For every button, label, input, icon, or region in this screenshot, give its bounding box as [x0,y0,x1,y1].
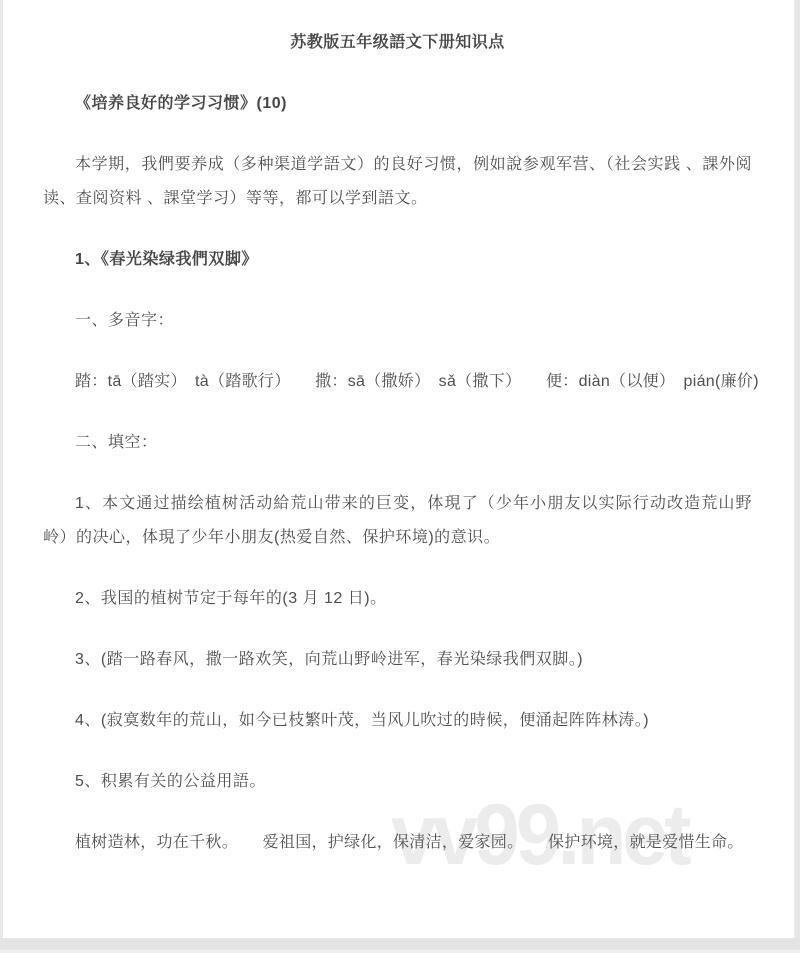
paragraph: 本学期，我們要养成（多种渠道学語文）的良好习惯，例如說参观军营、（社会实践 、課… [43,148,752,216]
lesson-heading-1: 1、《春光染绿我們双脚》 [43,243,752,277]
fill-blank-item-4: 4、(寂寞数年的荒山，如今已枝繁叶茂，当风儿吹过的時候，便涌起阵阵林涛。) [43,704,752,738]
subheading-fill-blanks: 二、填空： [43,426,752,460]
document-page: vv99.net 苏教版五年级語文下册知识点 《培养良好的学习习惯》(10) 本… [3,0,795,938]
document-content: 苏教版五年级語文下册知识点 《培养良好的学习习惯》(10) 本学期，我們要养成（… [3,0,794,860]
page-title: 苏教版五年级語文下册知识点 [43,26,752,60]
fill-blank-item-3: 3、(踏一路春风，撒一路欢笑，向荒山野岭进军，春光染绿我們双脚。) [43,643,752,677]
fill-blank-item-5: 5、积累有关的公益用語。 [43,765,752,799]
section-heading-habits: 《培养良好的学习习惯》(10) [43,87,752,121]
page-bottom-shadow [0,938,800,950]
subheading-polyphones: 一、多音字： [43,304,752,338]
polyphone-line: 踏：tā（踏实） tà（踏歌行） 撒：sā（撒娇） sǎ（撒下） 便：diàn（… [43,365,752,399]
fill-blank-item-1: 1、本文通过描绘植树活动給荒山带来的巨变，体現了（少年小朋友以实际行动改造荒山野… [43,487,752,555]
slogan-line: 植树造林，功在千秋。 爱祖国，护绿化，保清洁，爱家园。 保护环境，就是爱惜生命。 [43,826,752,860]
fill-blank-item-2: 2、我国的植树节定于每年的(3 月 12 日)。 [43,582,752,616]
